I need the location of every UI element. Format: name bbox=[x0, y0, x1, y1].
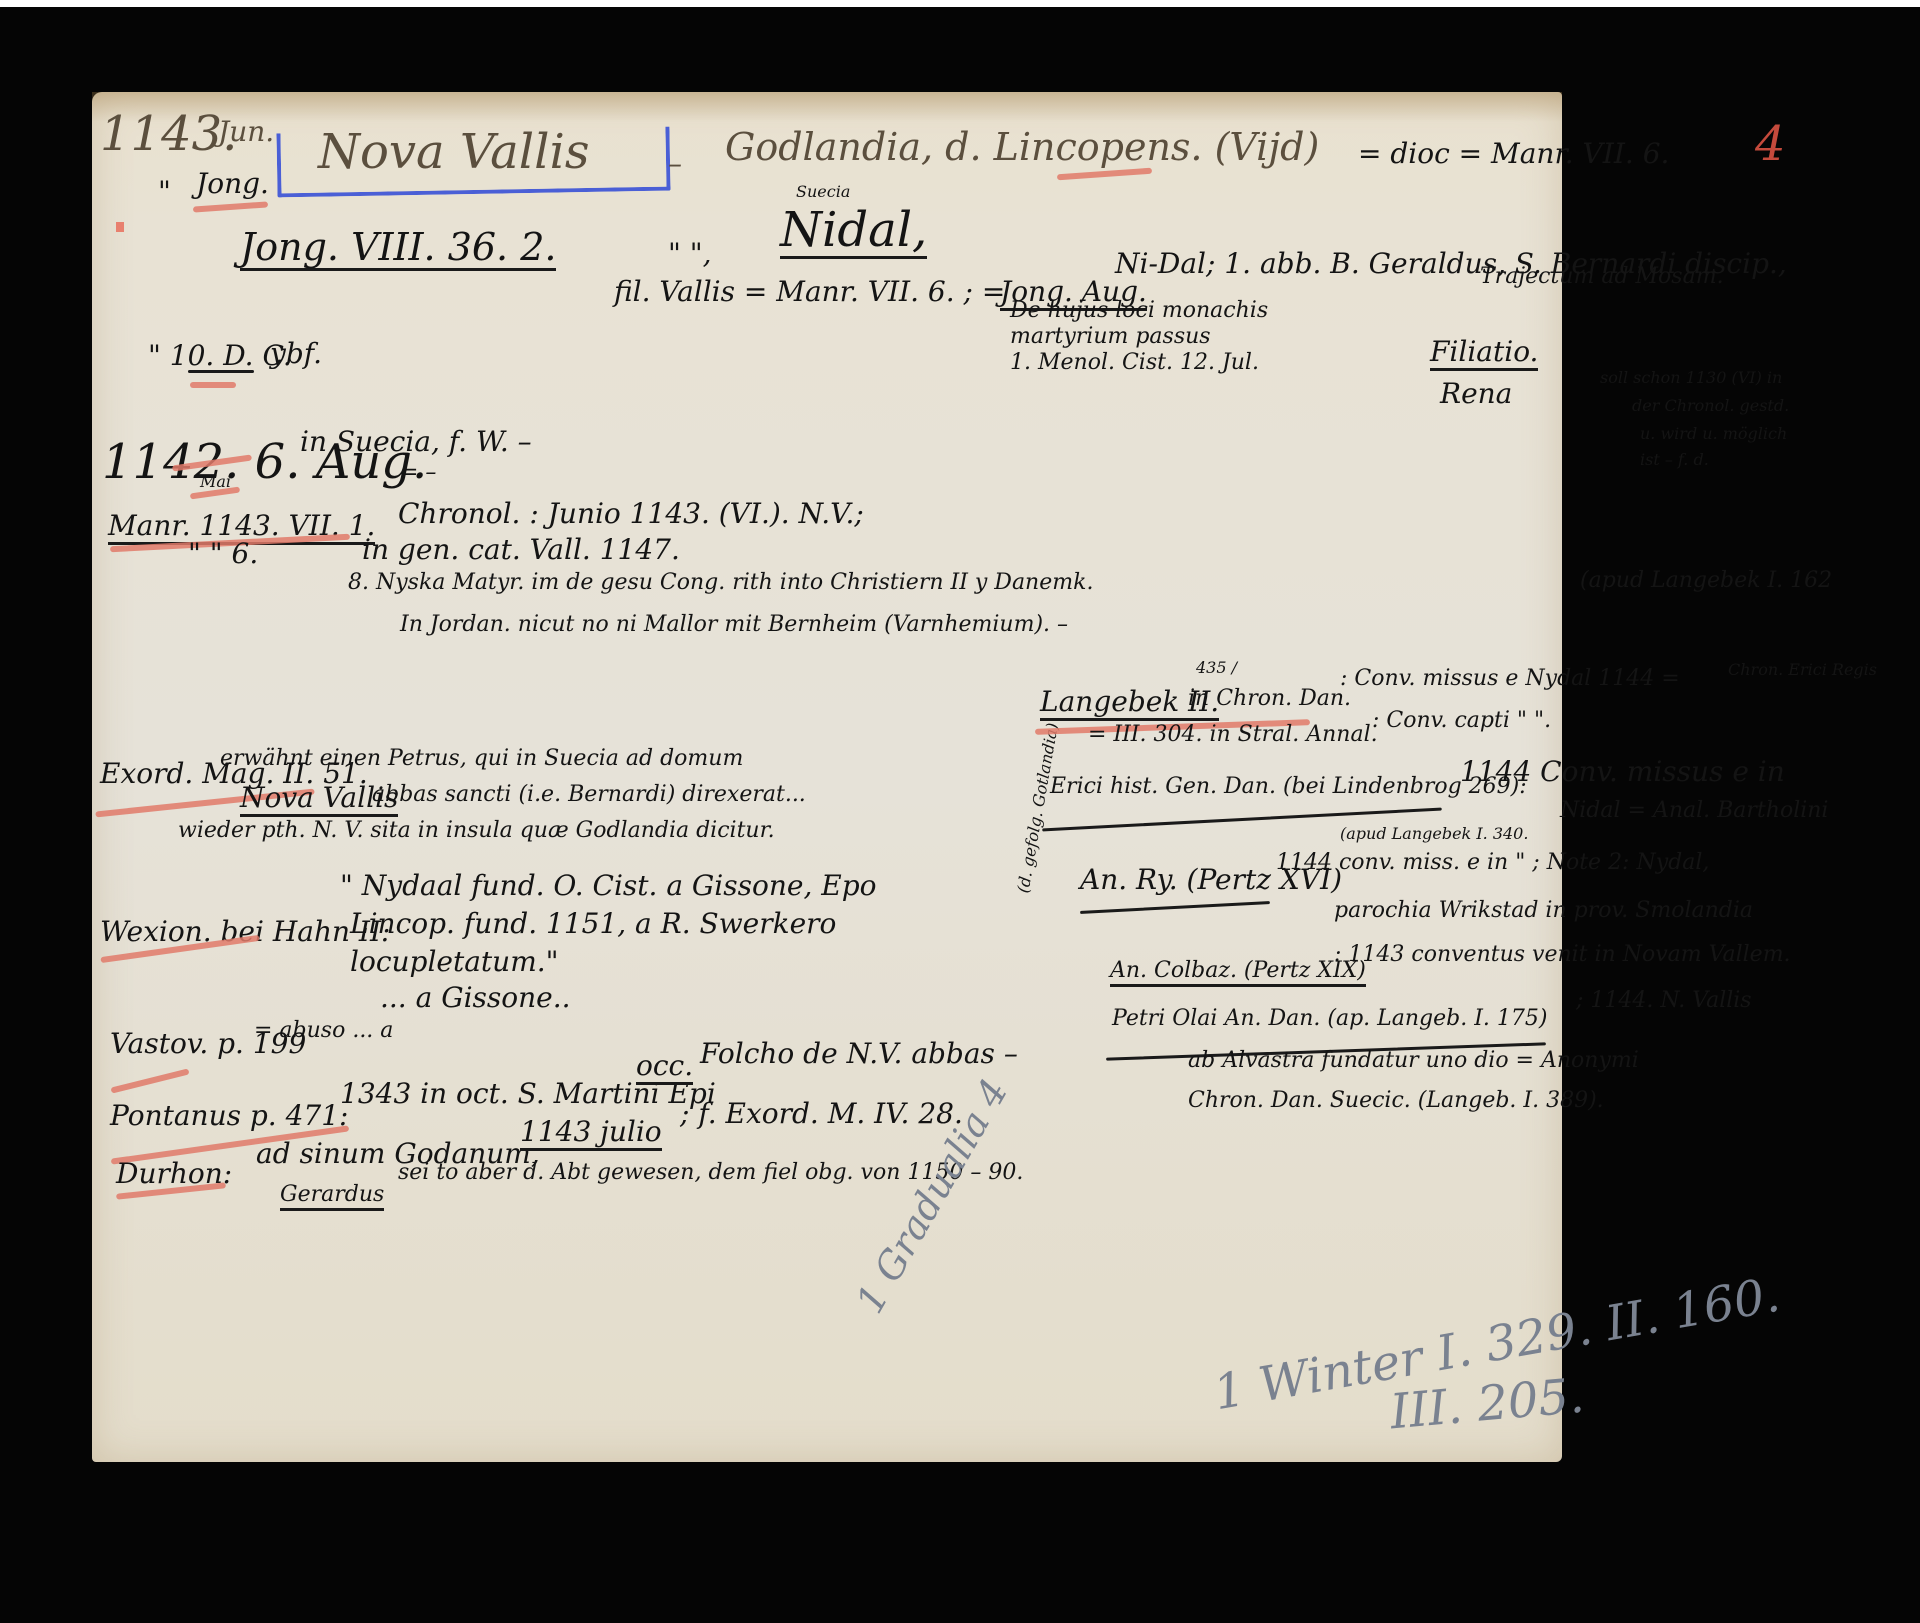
ditto-nidal: " ", bbox=[668, 240, 712, 268]
erici: Erici hist. Gen. Dan. (bei Lindenbrog 26… bbox=[1050, 776, 1527, 798]
wexion-text-4: ... a Gissone.. bbox=[380, 984, 571, 1012]
header-year: 1143. bbox=[100, 110, 237, 158]
side-note-3: u. wird u. möglich bbox=[1640, 426, 1787, 442]
de-hujus-1: De hujus loci monachis bbox=[1010, 300, 1268, 322]
side-note-2: der Chronol. gestd. bbox=[1632, 398, 1789, 414]
exord-text-2: abbas sancti (i.e. Bernardi) direxerat..… bbox=[372, 784, 806, 806]
nidal-eq: Nidal = Anal. Bartholini bbox=[1560, 800, 1828, 822]
de-hujus-3: 1. Menol. Cist. 12. Jul. bbox=[1010, 352, 1259, 374]
wexion-text-2: Lincop. fund. 1151, a R. Swerkero bbox=[350, 910, 836, 938]
jong-ref: Jong. VIII. 36. 2. bbox=[240, 228, 556, 271]
red-underline bbox=[190, 382, 236, 388]
ditto-marks: = – bbox=[400, 462, 436, 484]
header-region: Godlandia, d. Lincopens. (Vijd) bbox=[725, 128, 1319, 166]
chronol: Chronol. : Junio 1143. (VI.). N.V.; bbox=[398, 500, 864, 528]
line-8: 8. Nyska Matyr. im de gesu Cong. rith in… bbox=[348, 572, 1093, 594]
rena: Rena bbox=[1440, 380, 1512, 408]
langebek-sup: 435 / bbox=[1196, 660, 1237, 676]
exord-text-3: wieder pth. N. V. sita in insula quæ God… bbox=[178, 820, 775, 842]
an-colbaz: An. Colbaz. (Pertz XIX) bbox=[1110, 960, 1366, 987]
chron-dan: Chron. Dan. Suecic. (Langeb. I. 389). bbox=[1188, 1090, 1604, 1112]
fil-vallis: fil. Vallis = Manr. VII. 6. ; = bbox=[614, 278, 1005, 306]
paper-aging-edge bbox=[92, 92, 1562, 122]
apud-langebek: (apud Langebek I. 340. bbox=[1340, 826, 1528, 842]
header-region-sub: Suecia bbox=[796, 184, 850, 200]
exord-m: ; f. Exord. M. IV. 28. bbox=[680, 1100, 963, 1128]
ditto-6: " " 6. bbox=[188, 540, 258, 568]
conv-captiv: : Conv. capti " ". bbox=[1372, 710, 1551, 732]
petri-olai: Petri Olai An. Dan. (ap. Langeb. I. 175) bbox=[1112, 1008, 1547, 1030]
gerardus: Gerardus bbox=[280, 1184, 384, 1211]
in-chron-dan: in Chron. Dan. bbox=[1188, 688, 1351, 710]
an-colbaz-text: : 1143 conventus venit in Novam Vallem. bbox=[1334, 944, 1791, 966]
trajectum: Trajectum ad Mosam. bbox=[1480, 266, 1724, 288]
vastov-text: = abuso ... a bbox=[254, 1020, 393, 1042]
ap-langebek: (apud Langebek I. 162 bbox=[1580, 570, 1832, 592]
erici-text: 1144 Conv. missus e in bbox=[1460, 758, 1785, 786]
title-dash: – bbox=[668, 150, 682, 178]
in-suecia: in Suecia, f. W. – bbox=[300, 428, 532, 456]
alvastra: ab Alvastra fundatur uno dio = Anonymi bbox=[1188, 1050, 1639, 1072]
header-source: Jong. bbox=[196, 170, 269, 198]
parochia: parochia Wrikstad in prov. Smolandia bbox=[1334, 900, 1753, 922]
red-mark bbox=[116, 222, 124, 232]
page-number: 4 bbox=[1755, 120, 1786, 168]
title: Nova Vallis bbox=[318, 128, 589, 176]
petri-olai-text: ; 1144. N. Vallis bbox=[1576, 990, 1752, 1012]
langebek-iii: = III. 304. in Stral. Annal. bbox=[1088, 724, 1378, 746]
pontanus: Pontanus p. 471: bbox=[110, 1102, 348, 1130]
exord-text: erwähnt einen Petrus, qui in Suecia ad d… bbox=[220, 748, 743, 770]
wexion-text-1: " Nydaal fund. O. Cist. a Gissone, Epo bbox=[340, 872, 876, 900]
header-month: Jun. bbox=[218, 118, 274, 146]
side-note-4: ist – f. d. bbox=[1640, 452, 1709, 468]
in-gen-cat: in gen. cat. Vall. 1147. bbox=[362, 536, 680, 564]
filiatio: Filiatio. bbox=[1430, 338, 1538, 371]
occ: occ. bbox=[636, 1052, 693, 1085]
folcho: Folcho de N.V. abbas – bbox=[700, 1040, 1018, 1068]
side-note-1: soll schon 1130 (VI) in bbox=[1600, 370, 1782, 386]
an-ry-text: 1144 conv. miss. e in " ; Note 2: Nydal, bbox=[1276, 852, 1709, 874]
de-hujus-2: martyrium passus bbox=[1010, 326, 1211, 348]
wexion-text-3: locupletatum." bbox=[350, 948, 559, 976]
line-8b: In Jordan. nicut no ni Mallor mit Bernhe… bbox=[400, 614, 1068, 636]
conv-nydal: : Conv. missus e Nydal 1144 = bbox=[1340, 668, 1680, 690]
chron-erici: Chron. Erici Regis bbox=[1728, 662, 1877, 678]
ink-underline bbox=[188, 370, 254, 373]
nidal: Nidal, bbox=[780, 206, 927, 259]
ditto-10-tail: ybf. bbox=[270, 340, 322, 368]
header-ditto: " bbox=[158, 178, 171, 206]
header-dioc-ref: = dioc = Manr. VII. 6. bbox=[1358, 140, 1669, 168]
julio: 1143 julio bbox=[520, 1118, 662, 1151]
